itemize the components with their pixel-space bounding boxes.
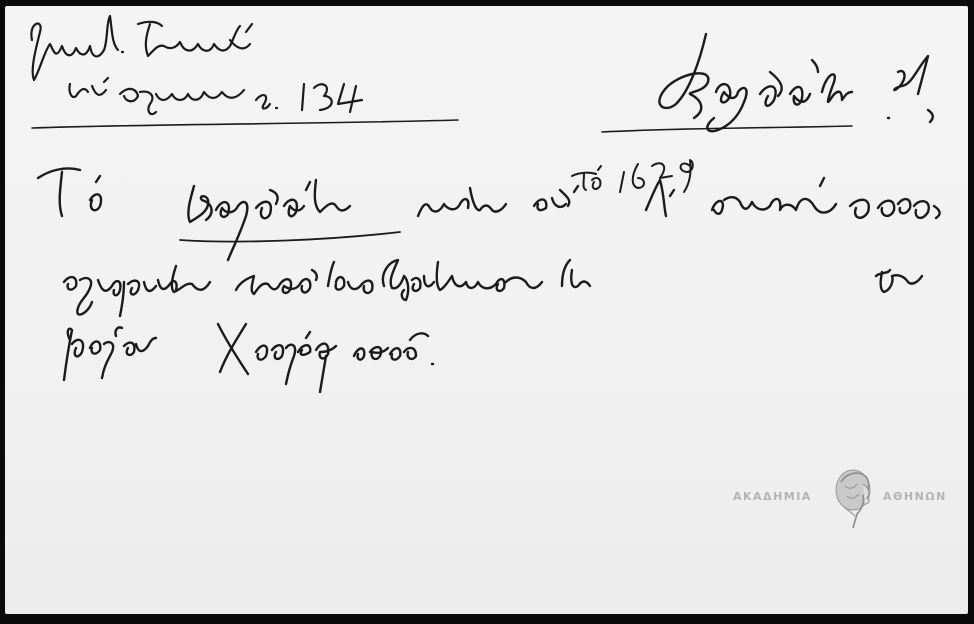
source-underline [32, 120, 458, 128]
stamp-left-text: ΑΚΑΔΗΜΙΑ [733, 490, 812, 503]
academy-stamp: ΑΚΑΔΗΜΙΑ ΑΘΗΝΩΝ [733, 466, 973, 530]
body-line-3-strokes [64, 324, 433, 392]
stamp-right-text: ΑΘΗΝΩΝ [883, 490, 947, 503]
headword-strokes [659, 34, 932, 131]
source-line-1-strokes [31, 16, 252, 80]
body-line-1-strokes [38, 168, 940, 260]
body-line-2-strokes [64, 260, 922, 316]
source-line-2-strokes [69, 78, 362, 114]
body-word-underline [180, 232, 400, 242]
headword-underline [602, 126, 852, 132]
athena-medallion-icon [831, 466, 881, 530]
handwriting-layer [0, 0, 974, 624]
superscript-strokes [572, 160, 693, 192]
